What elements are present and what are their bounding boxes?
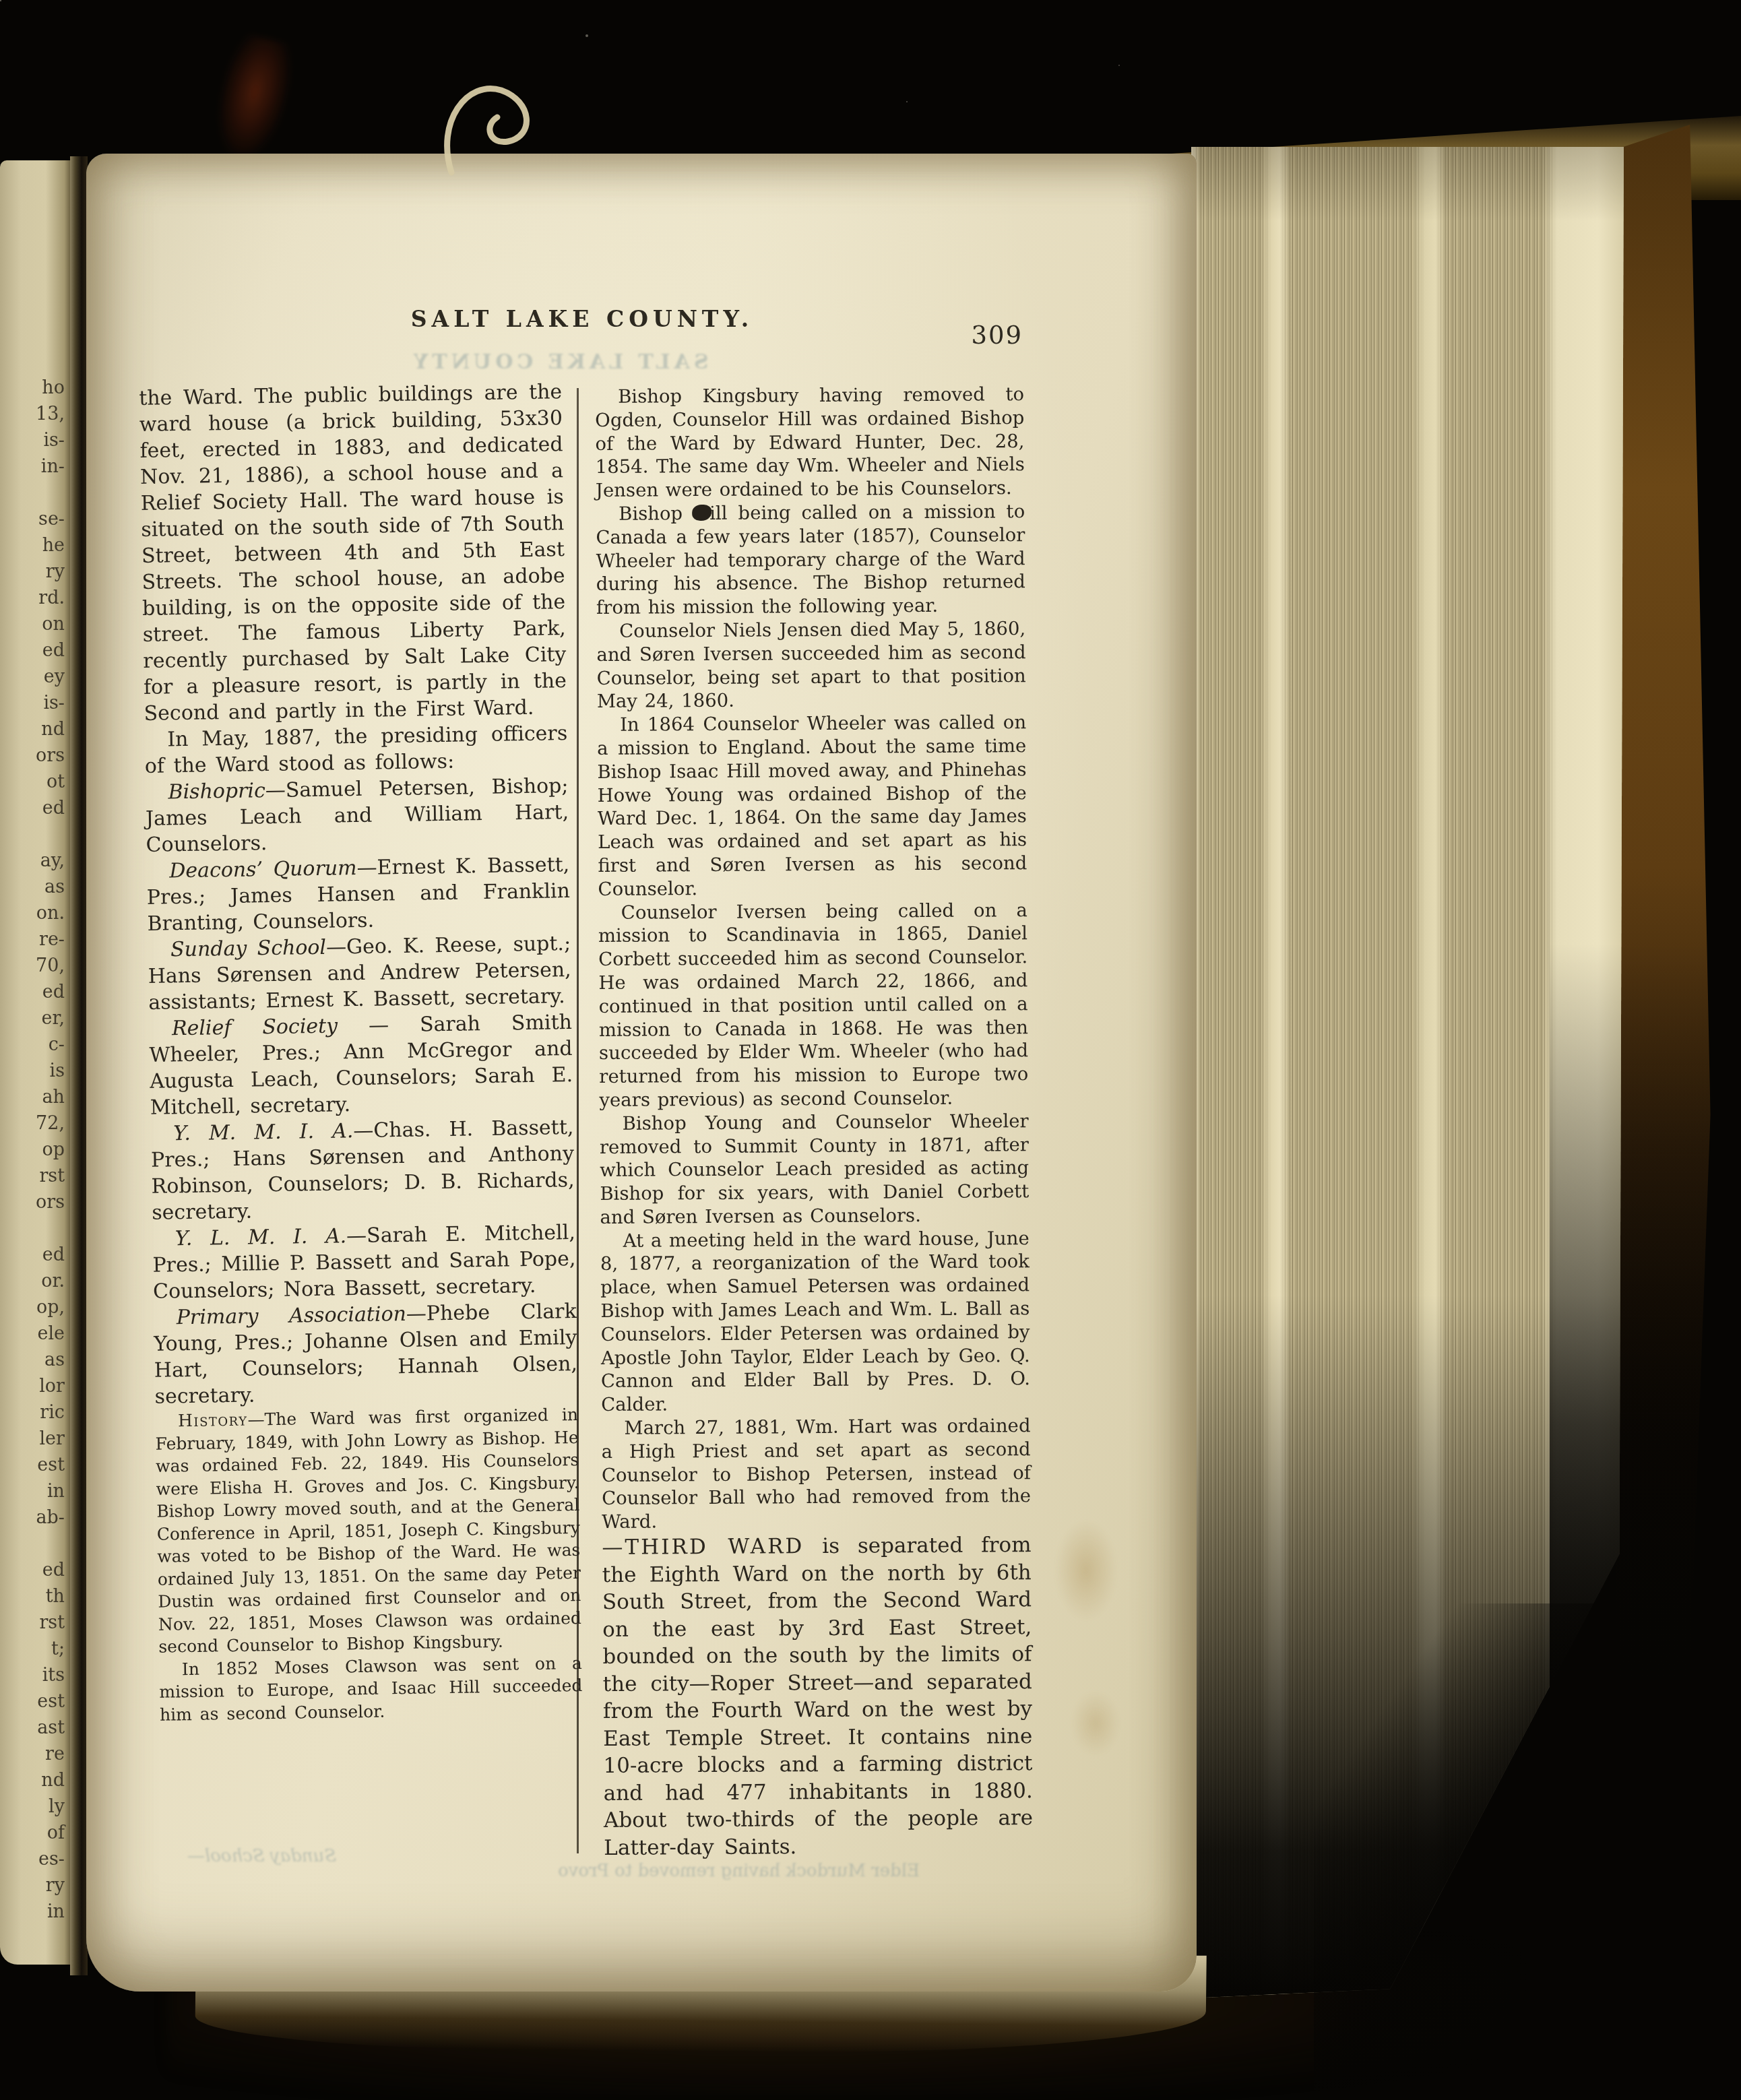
paragraph: Counselor Iversen being called on a miss… xyxy=(598,899,1029,1112)
paragraph: In 1864 Counselor Wheeler was called on … xyxy=(597,711,1027,901)
paragraph: Sunday School—Geo. K. Reese, supt.; Hans… xyxy=(148,930,572,1016)
text-fragment: on xyxy=(42,611,65,637)
text-fragment: he xyxy=(42,532,65,559)
cover-fragment xyxy=(208,31,300,164)
text-fragment: 72, xyxy=(36,1110,65,1137)
facing-page-edge: ho13,is-in-se-heryrd.onedeyis-ndorsoteda… xyxy=(0,160,70,1965)
paragraph-text: Bishop Young and Counselor Wheeler remov… xyxy=(600,1110,1030,1228)
paragraph: Deacons’ Quorum—Ernest K. Bassett, Pres.… xyxy=(146,852,571,937)
text-fragment: ry xyxy=(46,1872,65,1899)
text-fragment: c- xyxy=(49,1031,65,1058)
text-fragment: ed xyxy=(42,637,65,664)
paragraph-text: March 27, 1881, Wm. Hart was ordained a … xyxy=(602,1415,1032,1533)
paragraph-lead: Y. L. M. I. A. xyxy=(175,1224,347,1250)
text-fragment: ah xyxy=(42,1084,65,1110)
paragraph-lead: Primary Association xyxy=(176,1302,406,1329)
text-fragment: t; xyxy=(51,1636,65,1662)
paragraph-text: Counselor Iversen being called on a miss… xyxy=(598,899,1028,1111)
text-fragment: es- xyxy=(38,1846,65,1872)
text-fragment: rst xyxy=(39,1163,65,1189)
paragraph: In May, 1887, the presiding officers of … xyxy=(144,720,568,779)
text-fragment: rst xyxy=(39,1610,65,1636)
text-fragment: nd xyxy=(41,716,65,742)
left-margin-text-fragments: ho13,is-in-se-heryrd.onedeyis-ndorsoteda… xyxy=(36,375,65,1925)
text-fragment: in xyxy=(47,1478,65,1504)
running-title: SALT LAKE COUNTY. xyxy=(139,306,1025,332)
text-fragment: ast xyxy=(37,1715,65,1741)
text-fragment: ors xyxy=(36,742,65,769)
text-fragment: est xyxy=(37,1452,65,1478)
paragraph: Bishop Hill being called on a mission to… xyxy=(596,500,1025,620)
text-fragment: est xyxy=(37,1688,65,1715)
book-photo: ho13,is-in-se-heryrd.onedeyis-ndorsoteda… xyxy=(0,0,1741,2100)
paragraph: the Ward. The public buildings are the w… xyxy=(139,379,567,727)
paragraph-lead: Relief Society xyxy=(172,1014,338,1040)
left-column: the Ward. The public buildings are the w… xyxy=(139,379,583,1726)
paragraph: Bishop Young and Counselor Wheeler remov… xyxy=(600,1110,1030,1230)
text-fragment: ot xyxy=(46,769,65,795)
paragraph-lead: History xyxy=(178,1410,248,1431)
text-fragment: op xyxy=(42,1137,65,1163)
text-fragment: ed xyxy=(42,1557,65,1583)
text-fragment: is xyxy=(50,1058,65,1084)
book-page: SALT LAKE COUNTY Sunday School— Elder Mu… xyxy=(86,154,1197,1992)
paragraph-text: In 1864 Counselor Wheeler was called on … xyxy=(597,711,1027,899)
paragraph-lead: —THIRD WARD xyxy=(602,1534,804,1560)
text-fragment: is- xyxy=(43,690,65,716)
ghost-text: Elder Murdock having removed to Provo xyxy=(558,1861,920,1881)
text-fragment: ric xyxy=(40,1399,65,1426)
text-fragment: ly xyxy=(49,1793,65,1820)
paragraph-lead: H xyxy=(693,503,709,524)
page-stain xyxy=(1071,1691,1120,1756)
paragraph: Bishop Kingsbury having removed to Ogden… xyxy=(595,383,1025,503)
paragraph-text: At a meeting held in the ward house, Jun… xyxy=(600,1228,1030,1415)
text-fragment: er, xyxy=(41,1005,65,1031)
text-fragment: op, xyxy=(36,1294,65,1321)
paragraph-text: Bishop xyxy=(619,503,693,525)
paragraph-lead: Deacons’ Quorum xyxy=(169,856,357,883)
text-fragment: th xyxy=(46,1583,65,1610)
text-fragment: ry xyxy=(46,559,65,585)
page-stain xyxy=(1055,1520,1117,1621)
paragraph-lead: Sunday School xyxy=(170,936,326,962)
paragraph: Relief Society — Sarah Smith Wheeler, Pr… xyxy=(149,1009,573,1121)
page-header: SALT LAKE COUNTY. 309 xyxy=(139,306,1025,353)
text-fragment: re xyxy=(45,1741,65,1767)
text-fragment: ed xyxy=(42,979,65,1005)
text-fragment: or. xyxy=(41,1268,65,1294)
bookmark-thread xyxy=(429,57,570,178)
text-columns: the Ward. The public buildings are the w… xyxy=(139,385,1025,1862)
text-fragment: its xyxy=(42,1662,65,1688)
text-fragment: of xyxy=(47,1820,65,1846)
ghost-text: SALT LAKE COUNTY xyxy=(410,350,708,374)
paragraph-text: Bishop Kingsbury having removed to Ogden… xyxy=(595,383,1025,501)
text-fragment: nd xyxy=(41,1767,65,1793)
text-fragment: lor xyxy=(39,1373,65,1399)
text-fragment: re- xyxy=(39,926,65,953)
paragraph: Y. L. M. I. A.—Sarah E. Mitchell, Pres.;… xyxy=(152,1219,577,1305)
paragraph: In 1852 Moses Clawson was sent on a miss… xyxy=(159,1651,583,1725)
text-fragment: 13, xyxy=(36,401,65,427)
text-fragment: as xyxy=(44,1347,65,1373)
paragraph: Y. M. M. I. A.—Chas. H. Bassett, Pres.; … xyxy=(150,1114,575,1226)
shadow-overlay xyxy=(1550,943,1741,1819)
text-fragment: on. xyxy=(36,900,65,926)
paragraph: March 27, 1881, Wm. Hart was ordained a … xyxy=(601,1414,1031,1534)
text-fragment: ab- xyxy=(36,1504,65,1531)
text-fragment: in xyxy=(47,1899,65,1925)
paragraph-text: the Ward. The public buildings are the w… xyxy=(139,380,567,726)
paragraph: Primary Association—Phebe Clark Young, P… xyxy=(153,1298,577,1410)
dust-specks xyxy=(0,0,1,1)
text-fragment: is- xyxy=(43,427,65,453)
book-gutter xyxy=(70,156,88,1975)
text-fragment: ed xyxy=(42,795,65,821)
text-fragment: se- xyxy=(38,506,65,532)
paragraph-lead: Bishopric xyxy=(168,779,265,804)
paragraph: At a meeting held in the ward house, Jun… xyxy=(600,1227,1031,1417)
paragraph: History—The Ward was first organized in … xyxy=(155,1403,582,1658)
text-fragment: ey xyxy=(44,664,65,690)
paragraph-text: is separated from the Eighth Ward on the… xyxy=(602,1533,1033,1859)
text-fragment: in- xyxy=(41,453,65,480)
text-fragment: ler xyxy=(39,1426,65,1452)
text-fragment: as xyxy=(44,874,65,900)
paragraph-text: In May, 1887, the presiding officers of … xyxy=(145,722,568,778)
paragraph-text: Counselor Niels Jensen died May 5, 1860,… xyxy=(596,618,1025,712)
text-fragment: 70, xyxy=(36,953,65,979)
paragraph: Counselor Niels Jensen died May 5, 1860,… xyxy=(596,617,1026,713)
text-fragment: ho xyxy=(42,375,65,401)
right-column: Bishop Kingsbury having removed to Ogden… xyxy=(595,383,1033,1862)
text-fragment: ele xyxy=(37,1321,65,1347)
paragraph-text: In 1852 Moses Clawson was sent on a miss… xyxy=(159,1653,582,1724)
text-fragment: rd. xyxy=(38,585,65,611)
paragraph: —THIRD WARD is separated from the Eighth… xyxy=(602,1531,1033,1862)
text-fragment: ed xyxy=(42,1242,65,1268)
paragraph-text: —The Ward was first organized in Februar… xyxy=(155,1405,581,1657)
text-fragment: ors xyxy=(36,1189,65,1215)
paragraph: Bishopric—Samuel Petersen, Bishop; James… xyxy=(145,773,569,858)
paragraph-lead: Y. M. M. I. A. xyxy=(173,1119,353,1145)
text-fragment: ay, xyxy=(40,848,65,874)
page-number: 309 xyxy=(971,321,1023,350)
